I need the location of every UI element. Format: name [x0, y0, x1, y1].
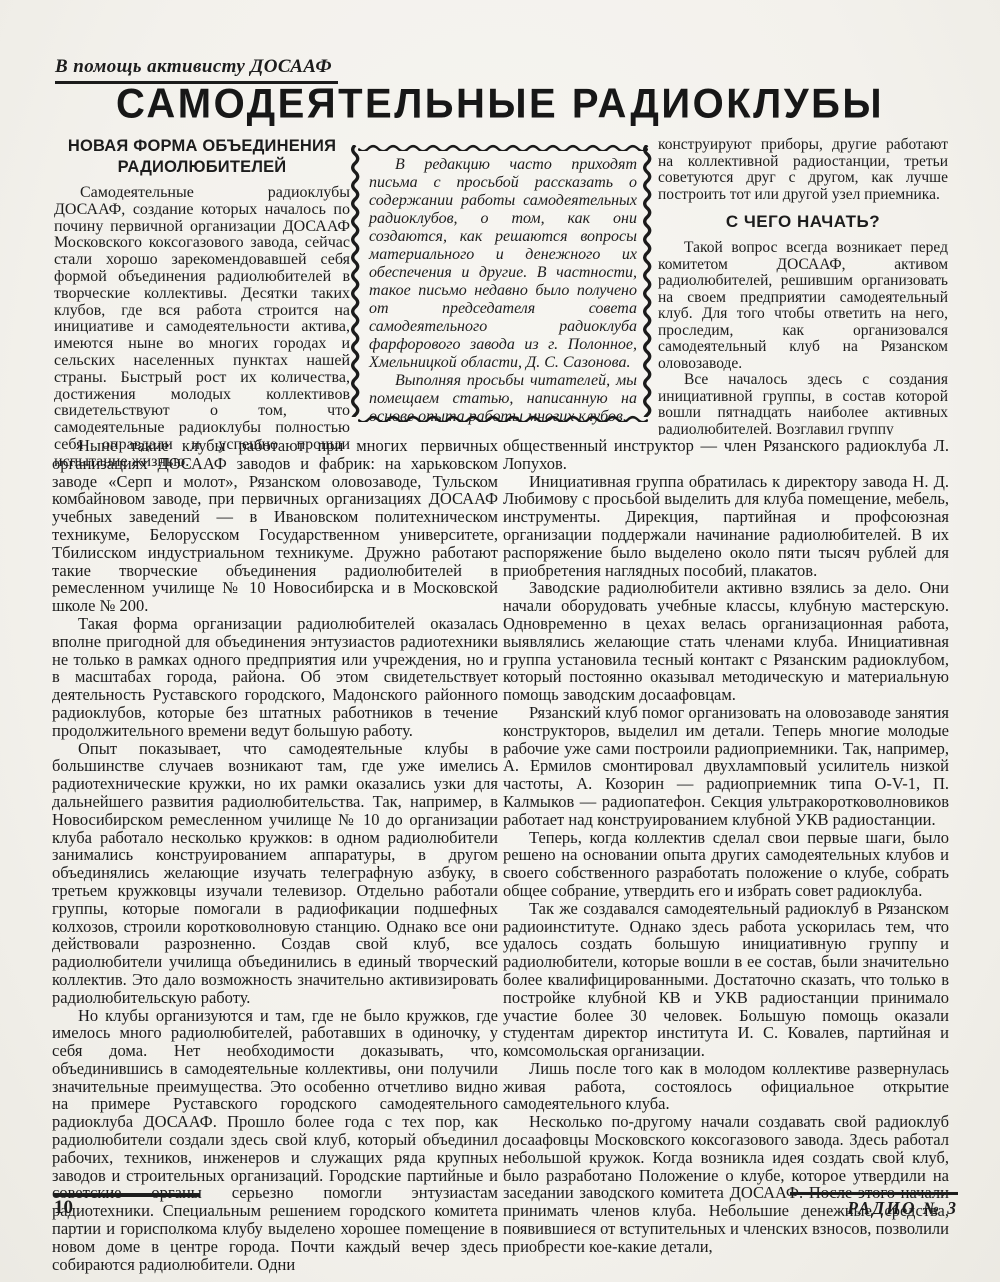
intro-column: НОВАЯ ФОРМА ОБЪЕДИНЕНИЯ РАДИОЛЮБИТЕЛЕЙ С… — [54, 136, 350, 471]
paragraph: Заводские радиолюбители активно взялись … — [503, 579, 949, 704]
page-number-block: 10 — [54, 1193, 200, 1219]
paragraph: Выполняя просьбы читателей, мы помещаем … — [369, 372, 637, 426]
paragraph: Инициативная группа обратилась к директо… — [503, 473, 949, 580]
page-number: 10 — [54, 1197, 200, 1219]
paragraph: конструируют приборы, другие работают на… — [658, 137, 948, 203]
paragraph: В редакцию часто приходят письма с прось… — [369, 156, 637, 372]
footer-rule-right — [790, 1192, 958, 1195]
editor-note-text: В редакцию часто приходят письма с прось… — [369, 156, 637, 426]
body-column-left: Ныне такие клубы работают при многих пер… — [52, 437, 498, 1273]
journal-footer: РАДИО № 3 — [790, 1192, 958, 1219]
paragraph: Самодеятельные радиоклубы ДОСААФ, создан… — [54, 185, 350, 471]
intro-heading: НОВАЯ ФОРМА ОБЪЕДИНЕНИЯ РАДИОЛЮБИТЕЛЕЙ — [54, 136, 350, 178]
paragraph: Так же создавался самодеятельный радиокл… — [503, 900, 949, 1060]
paragraph: общественный инструктор — член Рязанског… — [503, 437, 949, 473]
paragraph: Несколько по-другому начали создавать св… — [503, 1113, 949, 1255]
paragraph: Но клубы организуются и там, где не было… — [52, 1007, 498, 1274]
wavy-border-left — [350, 145, 364, 417]
paragraph: Теперь, когда коллектив сделал свои перв… — [503, 829, 949, 900]
paragraph: Ныне такие клубы работают при многих пер… — [52, 437, 498, 615]
paragraph: Все началось здесь с создания инициативн… — [658, 372, 948, 435]
body-column-right: общественный инструктор — член Рязанског… — [503, 437, 949, 1256]
wavy-border-top — [358, 140, 648, 151]
start-heading: С ЧЕГО НАЧАТЬ? — [658, 212, 948, 232]
editor-note-box: В редакцию часто приходят письма с прось… — [352, 142, 654, 420]
magazine-page: В помощь активисту ДОСААФ САМОДЕЯТЕЛЬНЫЕ… — [0, 0, 1000, 1282]
paragraph: Такая форма организации радиолюбителей о… — [52, 615, 498, 740]
paragraph: Лишь после того как в молодом коллективе… — [503, 1060, 949, 1113]
article-title: САМОДЕЯТЕЛЬНЫЕ РАДИОКЛУБЫ — [0, 81, 1000, 128]
kicker: В помощь активисту ДОСААФ — [55, 56, 338, 84]
paragraph: Опыт показывает, что самодеятельные клуб… — [52, 740, 498, 1007]
wavy-border-right — [642, 145, 656, 417]
journal-title: РАДИО № 3 — [790, 1198, 958, 1219]
start-column: конструируют приборы, другие работают на… — [658, 137, 948, 435]
paragraph: Такой вопрос всегда возникает перед коми… — [658, 240, 948, 372]
paragraph: Рязанский клуб помог организовать на оло… — [503, 704, 949, 829]
